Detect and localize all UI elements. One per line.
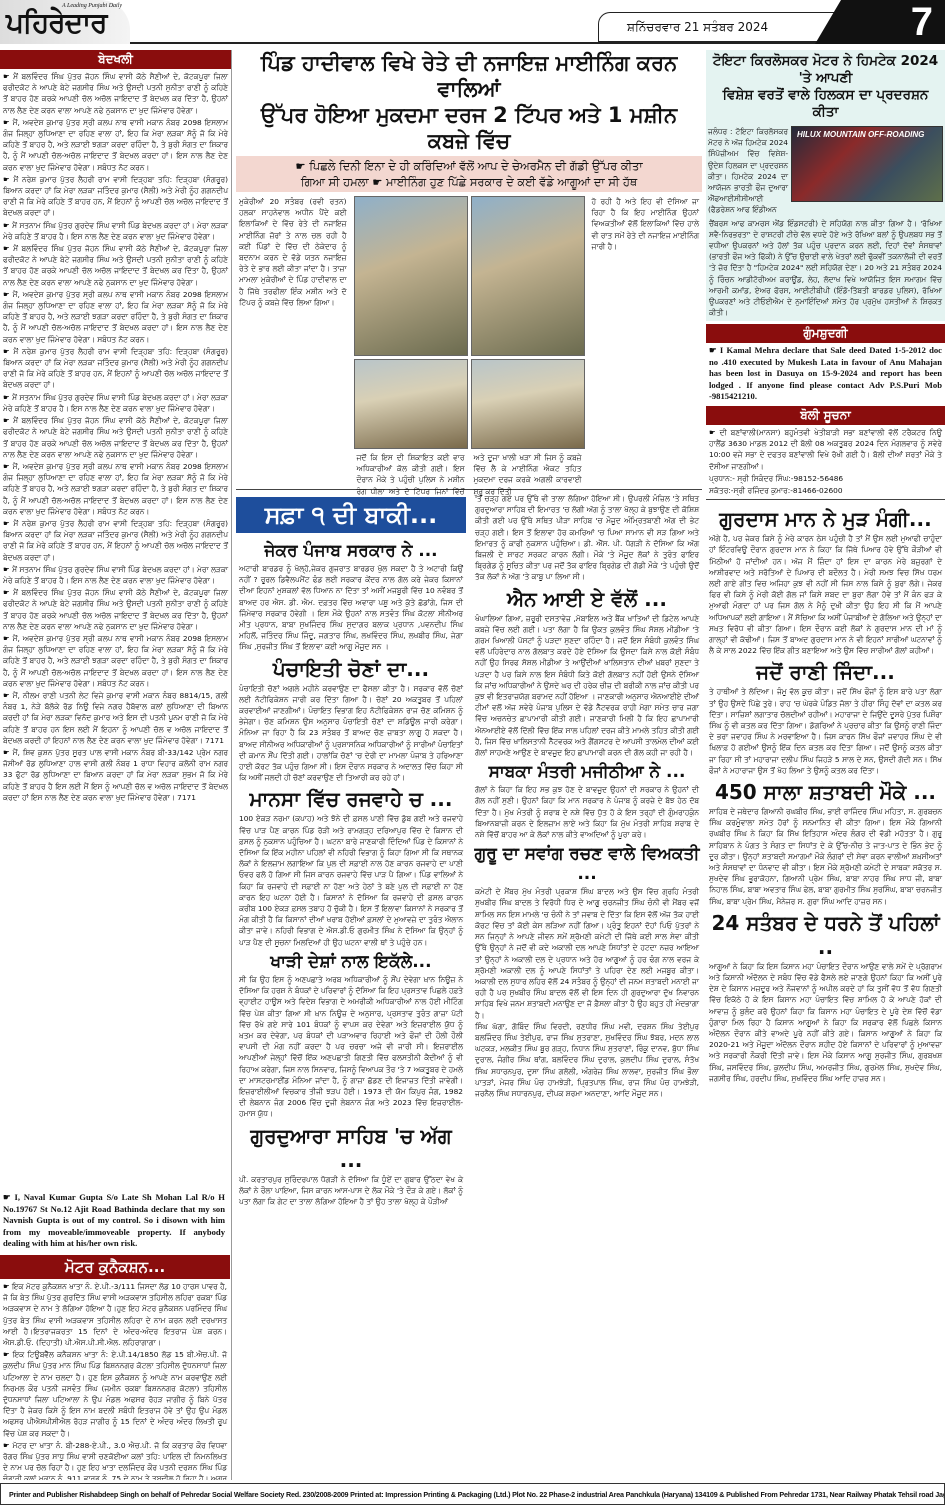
english-disown-notice: I, Naval Kumar Gupta S/o Late Sh Mohan L… (0, 1192, 228, 1251)
hilux-display-photo: HILUX MOUNTAIN OFF-ROADING (791, 126, 943, 202)
notice: ਮੈਂ, ਅਵਦੇਸ਼ ਕੁਮਾਰ ਪੁੱਤਰ ਸ੍ਰੀ ਕਲਪ ਨਾਥ ਵਾਸ… (3, 633, 228, 689)
tipper-truck-photo-2 (471, 359, 585, 449)
article-body: ਕਮੇਟੀ ਦੇ ਮੈਂਬਰ ਮੁੱਖ ਮੰਤਰੀ ਪ੍ਰਕਾਸ਼ ਸਿੰਘ ਬ… (472, 886, 702, 1020)
notice: ਮੈਂ ਬਲਵਿੰਦਰ ਸਿੰਘ ਪੁੱਤਰ ਜੋਹਨ ਸਿੰਘ ਵਾਸੀ ਕੋ… (3, 71, 228, 116)
article-body: ਖੰਘਾਲਿਆ ਗਿਆ, ਜ਼ਰੂਰੀ ਦਸਤਾਵੇਜ਼ ,ਮੋਬਾਇਲ ਅਤੇ… (472, 613, 702, 759)
toyota-article: ਟੋਇਟਾ ਕਿਰਲੋਸਕਰ ਮੋਟਰ ਨੇ ਹਿਮਟੇਕ 2024 'ਤੇ ਆ… (706, 50, 945, 321)
article-body: ਤੇ ਹਾਥੀਆਂ ਤੇ ਲੱਦਿਆ। ਜੰਮੂ ਵੱਲ ਕੂਚ ਕੀਤਾ। ਜ… (706, 686, 945, 776)
issue-date: ਸ਼ਨਿੱਚਰਵਾਰ 21 ਸਤੰਬਰ 2024 (598, 12, 848, 42)
toyota-headline-line-1: ਟੋਇਟਾ ਕਿਰਲੋਸਕਰ ਮੋਟਰ ਨੇ ਹਿਮਟੇਕ 2024 'ਤੇ ਆ… (708, 53, 943, 87)
continued-from-page-1-banner: ਸਫ਼ਾ ੧ ਦੀ ਬਾਕੀ... (236, 497, 466, 533)
publisher-imprint: Printer and Publisher Rishabdeep Singh o… (0, 1483, 945, 1505)
motor-notices: ਇਕ ਮੋਟਰ ਕੁਨੈਕਸ਼ਨ ਖਾਤਾ ਨੰ. ਏ.ਪੀ.-3/111 ਜਿ… (0, 1281, 230, 1480)
notice: ਮੈਂ ਨਰੇਸ਼ ਕੁਮਾਰ ਪੁੱਤਰ ਲੈਹਰੀ ਰਾਮ ਵਾਸੀ ਦਿੜ… (3, 174, 228, 219)
article-title: ਐਨ ਆਈ ਏ ਵੱਲੋਂ ... (472, 583, 702, 613)
lead-body-col-1: ਮੁਕੇਰੀਆਂ 20 ਸਤੰਬਰ (ਰਵੀ ਰਤਨ) ਹਲਕਾ ਸਾਹਨੇਵਾ… (236, 196, 350, 508)
notice: ਮੈਂ ਬਲਵਿੰਦਰ ਸਿੰਘ ਪੁੱਤਰ ਜੋਹਨ ਸਿੰਘ ਵਾਸੀ ਕੋ… (3, 243, 228, 288)
article-body: ਆਗੂਆਂ ਨੇ ਕਿਹਾ ਕਿ ਇਸ ਕਿਸਾਨ ਮਹਾ ਪੰਚਾਇਤ ਦੌਰ… (706, 961, 945, 1084)
lead-story-body: ਮੁਕੇਰੀਆਂ 20 ਸਤੰਬਰ (ਰਵੀ ਰਤਨ) ਹਲਕਾ ਸਾਹਨੇਵਾ… (236, 196, 702, 486)
section-header-motor-connection: ਮੋਟਰ ਕੁਨੈਕਸ਼ਨ... (0, 1255, 230, 1279)
page-number: 7 (911, 0, 933, 45)
article-body: 'ਤੇ ਚੜ੍ਹ ਗਏ ਪਰ ਉੱਥੇ ਵੀ ਤਾਲਾ ਲੱਗਿਆ ਹੋਇਆ ਸ… (472, 493, 702, 583)
lost-notice-block: ਗੁੰਮਸ਼ੁਦਗੀ I Kamal Mehra declare that Sa… (706, 324, 945, 403)
headline-line-1: ਪਿੰਡ ਹਾਦੀਵਾਲ ਵਿਖੇ ਰੇਤੇ ਦੀ ਨਜਾਇਜ਼ ਮਾਈਨਿੰਗ… (240, 50, 698, 102)
masthead: ਪਹਿਰੇਦਾਰ A Leading Punjabi Daily ਸ਼ਨਿੱਚਰ… (0, 0, 945, 44)
article-title: ਮਾਨਸਾ ਵਿੱਚ ਰਜਵਾਹੇ ਚ ... (236, 783, 466, 813)
english-notice-text: I, Naval Kumar Gupta S/o Late Sh Mohan L… (3, 1192, 225, 1250)
motor-notice: ਇਕ ਟਿਊਬਵੈੱਲ ਕਨੈਕਸ਼ਨ ਖਾਤਾ ਨੰ: ਏ.ਪੀ.14/185… (3, 1349, 227, 1439)
headline-line-2: ਉੱਪਰ ਹੋਇਆ ਮੁਕਦਮਾ ਦਰਜ 2 ਟਿੱਪਰ ਅਤੇ 1 ਮਸ਼ੀਨ… (240, 102, 698, 154)
continued-stories: ਸਫ਼ਾ ੧ ਦੀ ਬਾਕੀ... ਜੇਕਰ ਪੰਜਾਬ ਸਰਕਾਰ ਨੇ ..… (236, 493, 702, 1207)
attendee-names: ਸਿੰਘ ਘੱਗਾ, ਗੋਬਿੰਦ ਸਿੰਘ ਵਿਰਦੀ, ਰਣਧੀਰ ਸਿੰਘ… (472, 1021, 702, 1099)
notice: ਮੈਂ, ਅਵਦੇਸ਼ ਕੁਮਾਰ ਪੁੱਤਰ ਸ੍ਰੀ ਕਲਪ ਨਾਥ ਵਾਸ… (3, 117, 228, 173)
lead-photos: ਜਦੋਂ ਕਿ ਇਸ ਦੀ ਸ਼ਿਕਾਇਤ ਕਈ ਵਾਰ ਅਧਿਕਾਰੀਆਂ ਕ… (354, 196, 585, 508)
logo-box: ਪਹਿਰੇਦਾਰ A Leading Punjabi Daily (0, 0, 130, 44)
toyota-headline-line-2: ਵਿਸ਼ੇਸ਼ ਵਰਤੋਂ ਵਾਲੇ ਹਿਲਕਸ ਦਾ ਪ੍ਰਦਰਸ਼ਨ ਕੀਤ… (708, 87, 943, 121)
article-body: ਪੀ. ਕਰਤਾਰਪੁਰ ਸੁਰਿੰਦਰਪਾਲ ਧੋਗੜੀ ਨੇ ਦੱਸਿਆ ਕ… (236, 1174, 466, 1208)
toyota-intro: ਜਲੰਧਰ : ਟੋਇਟਾ ਕਿਰਲੋਸਕਰ ਮੋਟਰ ਨੇ ਅੱਜ ਹਿਮਟੇ… (708, 126, 788, 216)
notice: ਮੈਂ ਨਰੇਸ਼ ਕੁਮਾਰ ਪੁੱਤਰ ਲੈਹਰੀ ਰਾਮ ਵਾਸੀ ਦਿੜ… (3, 346, 228, 391)
article-title: ਗੁਰੂ ਦਾ ਸਵਾਂਗ ਰਚਣ ਵਾਲੇ ਵਿਅਕਤੀ ... (472, 840, 702, 886)
section-header-auction: ਬੋਲੀ ਸੂਚਨਾ (706, 406, 945, 425)
auction-notice-block: ਬੋਲੀ ਸੂਚਨਾ ਦੀ ਬਣਾਂਵਾਲੀ(ਮਾਨਸਾ) ਬਹੁਮੰਤਵੀ ਖ… (706, 406, 945, 496)
page-number-box: 7 (815, 0, 945, 44)
motor-connection-block: ਮੋਟਰ ਕੁਨੈਕਸ਼ਨ... ਇਕ ਮੋਟਰ ਕੁਨੈਕਸ਼ਨ ਖਾਤਾ ਨ… (0, 1255, 230, 1480)
logo-tagline: A Leading Punjabi Daily (62, 3, 122, 9)
notice: ਮੈਂ ਬਲਵਿੰਦਰ ਸਿੰਘ ਪੁੱਤਰ ਜੋਹਨ ਸਿੰਘ ਵਾਸੀ ਕੋ… (3, 587, 228, 632)
article-body: ਗੱਲਾਂ ਨੇ ਕਿਹਾ ਕਿ ਇਹ ਸਭ ਕੁਝ ਹੋਣ ਦੇ ਬਾਵਜੂਦ… (472, 784, 702, 840)
lead-body-col-4: ਹੋ ਰਹੀ ਹੈ ਅਤੇ ਇਹ ਵੀ ਦੱਸਿਆ ਜਾ ਰਿਹਾ ਹੈ ਕਿ … (589, 196, 703, 508)
article-body: ਸਾਹਿਬ ਦੇ ਜਥੇਦਾਰ ਗਿਆਨੀ ਰਘਬੀਰ ਸਿੰਘ, ਭਾਈ ਰਾ… (706, 806, 945, 907)
tipper-truck-photo-1 (354, 359, 468, 449)
continued-right: 'ਤੇ ਚੜ੍ਹ ਗਏ ਪਰ ਉੱਥੇ ਵੀ ਤਾਲਾ ਲੱਗਿਆ ਹੋਇਆ ਸ… (472, 493, 702, 1207)
article-title: ਖਾੜੀ ਦੇਸ਼ਾਂ ਨਾਲ ਇਕੱਲੇ... (236, 948, 466, 974)
article-body: ਸੀ ਕਿ ਉਹ ਇਸ ਨੂੰ ਅਣਪਛਾਤੇ ਅਰਬ ਅਧਿਕਾਰੀਆਂ ਨੂ… (236, 974, 466, 1120)
notice: ਮੈਂ, ਨੀਲਮ ਰਾਣੀ ਪਤਨੀ ਲੇਟ ਵਿਜੇ ਕੁਮਾਰ ਵਾਸੀ … (3, 690, 228, 746)
notice: ਮੈਂ, ਅਵਦੇਸ਼ ਕੁਮਾਰ ਪੁੱਤਰ ਸ੍ਰੀ ਕਲਪ ਨਾਥ ਵਾਸ… (3, 289, 228, 345)
notice: ਮੈਂ, ਅਵਦੇਸ਼ ਕੁਮਾਰ ਪੁੱਤਰ ਸ੍ਰੀ ਕਲਪ ਨਾਥ ਵਾਸ… (3, 461, 228, 517)
lost-notice-body: I Kamal Mehra declare that Sale deed Dat… (709, 345, 942, 403)
article-title: ਪੰਚਾਇਤੀ ਚੋਣਾਂ ਦਾ... (236, 653, 466, 683)
right-column: ਟੋਇਟਾ ਕਿਰਲੋਸਕਰ ਮੋਟਰ ਨੇ ਹਿਮਟੇਕ 2024 'ਤੇ ਆ… (706, 50, 945, 1480)
article-body: ਪੰਚਾਇਤੀ ਚੋਣਾਂ ਅਗਲੇ ਮਹੀਨੇ ਕਰਵਾਉਣ ਦਾ ਫੈਸਲਾ… (236, 683, 466, 784)
article-body: 100 ਏਕੜ ਨਰਮਾ (ਕਪਾਹ) ਅਤੇ ਝੋਨੇ ਦੀ ਫ਼ਸਲ ਪਾਣ… (236, 813, 466, 947)
article-body: ਅਟਾਰੀ ਬਾਰਡਰ ਨੂੰ ਖੋਲ੍ਹੋ,ਜੇਕਰ ਗੁਜਰਾਤ ਬਾਰਡਰ… (236, 563, 466, 653)
lead-story: ਪਿੰਡ ਹਾਦੀਵਾਲ ਵਿਖੇ ਰੇਤੇ ਦੀ ਨਜਾਇਜ਼ ਮਾਈਨਿੰਗ… (236, 50, 702, 486)
newspaper-logo: ਪਹਿਰੇਦਾਰ (6, 6, 107, 40)
motor-notice: ਮੋਟਰ ਦਾ ਖਾਤਾ ਨੰ. ਬੀ-288-ਏ.ਪੀ., 3.0 ਐਚ.ਪੀ… (3, 1440, 227, 1480)
notice: ਮੈਂ ਸਤਨਾਮ ਸਿੰਘ ਪੁੱਤਰ ਗੁਰਦੇਵ ਸਿੰਘ ਵਾਸੀ ਪਿ… (3, 564, 228, 586)
article-title: ਜੇਕਰ ਪੰਜਾਬ ਸਰਕਾਰ ਨੇ ... (236, 537, 466, 563)
lead-headline: ਪਿੰਡ ਹਾਦੀਵਾਲ ਵਿਖੇ ਰੇਤੇ ਦੀ ਨਜਾਇਜ਼ ਮਾਈਨਿੰਗ… (236, 50, 702, 154)
article-title: 24 ਸਤੰਬਰ ਦੇ ਧਰਨੇ ਤੋਂ ਪਹਿਲਾਂ .. (706, 907, 945, 961)
notice: ਮੈਂ ਸਤਨਾਮ ਸਿੰਘ ਪੁੱਤਰ ਗੁਰਦੇਵ ਸਿੰਘ ਵਾਸੀ ਪਿ… (3, 220, 228, 242)
article-title: ਗੁਰਦੁਆਰਾ ਸਾਹਿਬ 'ਚ ਅੱਗ ... (236, 1120, 466, 1174)
continued-left: ਸਫ਼ਾ ੧ ਦੀ ਬਾਕੀ... ਜੇਕਰ ਪੰਜਾਬ ਸਰਕਾਰ ਨੇ ..… (236, 493, 466, 1207)
section-divider (706, 499, 945, 500)
auction-contact-president: ਪ੍ਰਧਾਨ:- ਸ੍ਰੀ ਸਿਕੰਦਰ ਸਿੰਘ:-98152-56486 (709, 473, 942, 484)
photo-caption: HILUX MOUNTAIN OFF-ROADING (797, 130, 924, 139)
auction-contact-secretary: ਸਕੱਤਰ:-ਸ੍ਰੀ ਰਜਿੰਦਰ ਕੁਮਾਰ:-81466-02600 (709, 485, 942, 496)
excavator-photo (354, 196, 468, 356)
toyota-headline: ਟੋਇਟਾ ਕਿਰਲੋਸਕਰ ਮੋਟਰ ਨੇ ਹਿਮਟੇਕ 2024 'ਤੇ ਆ… (706, 50, 945, 124)
notice: ਮੈਂ ਬਲਵਿੰਦਰ ਸਿੰਘ ਪੁੱਤਰ ਜੋਹਨ ਸਿੰਘ ਵਾਸੀ ਕੋ… (3, 415, 228, 460)
article-body: ਅੱਗੇ ਹੈ, ਪਰ ਜੇਕਰ ਕਿਸੇ ਨੂੰ ਮੇਰੇ ਕਾਰਨ ਠੇਸ … (706, 533, 945, 656)
center-column: ਪਿੰਡ ਹਾਦੀਵਾਲ ਵਿਖੇ ਰੇਤੇ ਦੀ ਨਜਾਇਜ਼ ਮਾਈਨਿੰਗ… (236, 50, 702, 1480)
article-title: ਸਾਬਕਾ ਮੰਤਰੀ ਮਜੀਠੀਆ ਨੇ ... (472, 758, 702, 784)
toyota-body: ਜਲੰਧਰ : ਟੋਇਟਾ ਕਿਰਲੋਸਕਰ ਮੋਟਰ ਨੇ ਅੱਜ ਹਿਮਟੇ… (706, 124, 945, 218)
subhead-line-2: ਗਿਆ ਸੀ ਹਮਲਾ ☛ ਮਾਈਨਿੰਗ ਹੁਣ ਪਿੱਛੇ ਸਰਕਾਰ ਦੇ… (240, 174, 698, 190)
article-title: ਜਦੋਂ ਰਾਣੀ ਜਿੰਦਾ... (706, 656, 945, 686)
notice: ਮੈਂ ਸਤਨਾਮ ਸਿੰਘ ਪੁੱਤਰ ਗੁਰਦੇਵ ਸਿੰਘ ਵਾਸੀ ਪਿ… (3, 392, 228, 414)
disinheritance-notices: ਮੈਂ ਬਲਵਿੰਦਰ ਸਿੰਘ ਪੁੱਤਰ ਜੋਹਨ ਸਿੰਘ ਵਾਸੀ ਕੋ… (0, 71, 231, 803)
auction-notice-body: ਦੀ ਬਣਾਂਵਾਲੀ(ਮਾਨਸਾ) ਬਹੁਮੰਤਵੀ ਖੇਤੀਬਾੜੀ ਸਭਾ… (709, 427, 942, 472)
classifieds-column: ਬੇਦਖਲੀ ਮੈਂ ਬਲਵਿੰਦਰ ਸਿੰਘ ਪੁੱਤਰ ਜੋਹਨ ਸਿੰਘ … (0, 50, 232, 1480)
motor-notice: ਇਕ ਮੋਟਰ ਕੁਨੈਕਸ਼ਨ ਖਾਤਾ ਨੰ. ਏ.ਪੀ.-3/111 ਜਿ… (3, 1281, 227, 1348)
article-title: 450 ਸਾਲਾ ਸ਼ਤਾਬਦੀ ਮੌਕੇ ... (706, 776, 945, 806)
lead-subhead-banner: ☛ ਪਿਛਲੇ ਦਿਨੀ ਇਨਾ ਦੇ ਹੀ ਕਰਿੰਦਿਆਂ ਵੱਲੋਂ ਆਪ… (236, 156, 702, 192)
notice: ਮੈਂ ਨਰੇਸ਼ ਕੁਮਾਰ ਪੁੱਤਰ ਲੈਹਰੀ ਰਾਮ ਵਾਸੀ ਦਿੜ… (3, 518, 228, 563)
article-title: ਗੁਰਦਾਸ ਮਾਨ ਨੇ ਮੁੜ ਮੰਗੀ... (706, 503, 945, 533)
toyota-body-text: ਚੈਂਬਰਸ ਆਫ ਕਾਮਰਸ ਐਂਡ ਇੰਡਸਟਰੀ) ਦੇ ਸਹਿਯੋਗ ਨ… (706, 218, 945, 322)
lost-notice-text: I Kamal Mehra declare that Sale deed Dat… (706, 345, 945, 403)
notice: ਮੈਂ, ਸ਼ਿਵ ਕੁਸ਼ਨ ਪੁੱਤਰ ਸੂਰਤ ਪਾਲ ਵਾਸੀ ਮਕਾਨ… (3, 747, 228, 803)
section-header-lost: ਗੁੰਮਸ਼ੁਦਗੀ (706, 324, 945, 343)
jcb-machine-photo (471, 196, 585, 356)
section-header-disinheritance: ਬੇਦਖਲੀ (0, 50, 231, 69)
subhead-line-1: ☛ ਪਿਛਲੇ ਦਿਨੀ ਇਨਾ ਦੇ ਹੀ ਕਰਿੰਦਿਆਂ ਵੱਲੋਂ ਆਪ… (240, 158, 698, 174)
auction-notice-text: ਦੀ ਬਣਾਂਵਾਲੀ(ਮਾਨਸਾ) ਬਹੁਮੰਤਵੀ ਖੇਤੀਬਾੜੀ ਸਭਾ… (706, 427, 945, 496)
